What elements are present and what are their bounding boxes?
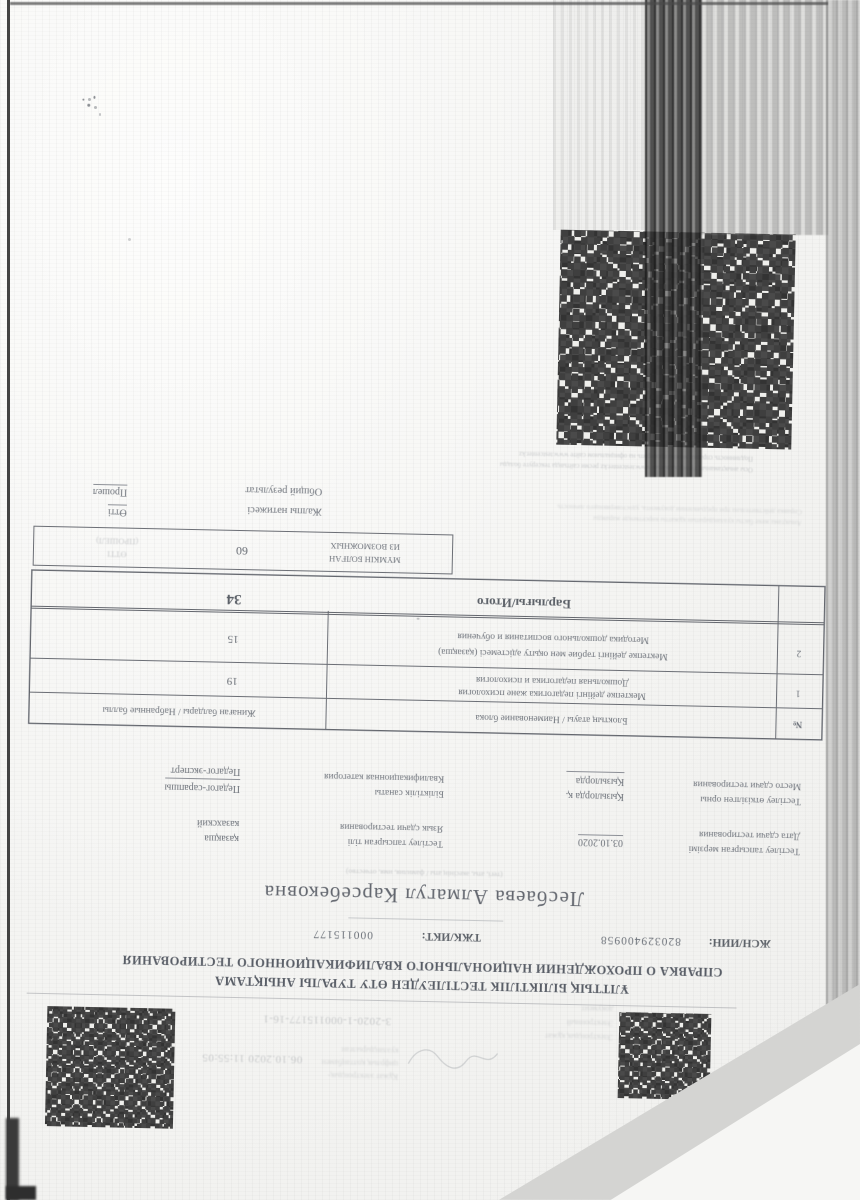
field-lang-value-ru: казахский: [197, 815, 240, 831]
table-row-num: 2: [787, 645, 811, 658]
signature-squiggle: [405, 1042, 501, 1076]
passed-mark: ӨТТІ (ПРОШЕЛ): [47, 533, 188, 562]
table-col-num: №: [785, 716, 809, 729]
field-place-value-ru: Қызылорда: [566, 771, 625, 789]
pen-doodle: [99, 113, 101, 116]
scan-streak-medium: [700, 0, 828, 235]
result-value-ru: Прошел: [93, 484, 128, 498]
ink-speck: [87, 104, 90, 107]
scanned-page: Электрондық құжат Электронный документ Қ…: [0, 0, 860, 1200]
result-value-kk: Өтті: [108, 504, 127, 517]
ink-speck: [417, 618, 420, 620]
table-row-score: 15: [143, 631, 323, 647]
registration-code: 3-2020-1-000115177-16-1: [263, 1013, 392, 1028]
ikt-label: ТЖК/ИКТ:: [421, 930, 481, 943]
field-category-value: Педагог-сарапшы Педагог-эксперт: [164, 762, 240, 796]
ink-speck: [93, 96, 95, 99]
ikt-value: 000115177: [313, 928, 374, 941]
print-datetime: 06.10.2020 11:55:05: [202, 1051, 303, 1065]
validity-note: Анықтама жеке басты куәландыратын құжатт…: [502, 499, 802, 527]
esign-line: Құжат электрондық-: [273, 1068, 398, 1084]
field-place-value: Қызылорда қ. Қызылорда: [565, 771, 624, 804]
field-place-label: Тестілеу өткізілген орны Место сдачи тес…: [626, 774, 802, 808]
table-total-value: 34: [144, 588, 324, 609]
ikt-underline: [348, 917, 503, 921]
table-col-block: Блоктың атауы / Наименование блока: [331, 707, 771, 729]
field-lang-value: қазақша казахский: [197, 815, 240, 846]
iin-label: ЖСН/ИИН:: [709, 936, 771, 949]
overall-result: Жалпы нәтижесі Өтті Общий результат Прош…: [42, 476, 323, 522]
scan-streak-light: [553, 0, 645, 230]
field-category-value-ru: Педагог-эксперт: [165, 762, 241, 779]
table-divider-num: [775, 586, 779, 738]
possible-score-box: МҮМКІН БОЛҒАН ИЗ ВОЗМОЖНЫХ 60 ӨТТІ (ПРОШ…: [33, 526, 454, 575]
qr-code-top-right: [45, 1006, 175, 1129]
field-date-value: 03.10.2020: [578, 834, 623, 848]
field-category-label: Біліктілік санаты Квалификационная катег…: [254, 766, 445, 800]
field-date-label: Тестілеу тапсырған мерзімі Дата сдачи те…: [625, 824, 801, 858]
scan-edge-top: [10, 2, 828, 5]
scan-nub-bottom-left: [6, 1186, 36, 1200]
field-lang-label: Тестілеу тапсырған тілі Язык сдачи тести…: [253, 816, 444, 850]
possible-score-value: 60: [222, 543, 262, 559]
esign-line: Электрондық құжат: [493, 1027, 613, 1044]
esign-stamp-left: Электрондық құжат Электронный документ: [493, 999, 614, 1044]
esign-line: Электронный: [493, 1013, 613, 1030]
result-label-ru: Общий результат: [245, 484, 322, 497]
iin-value: 820329400958: [600, 934, 681, 948]
scores-table: № Блоктың атауы / Наименование блока Жин…: [28, 570, 825, 741]
table-total-label: Барлығы/Итого: [344, 591, 704, 615]
ink-speck: [128, 238, 131, 241]
table-divider-score: [325, 611, 328, 729]
scan-streak-dark: [645, 0, 702, 477]
table-row-num: 1: [786, 685, 810, 698]
field-category-value-kk: Педагог-сарапшы: [164, 777, 240, 796]
scan-edge-left: [7, 0, 10, 1200]
field-place-value-kk: Қызылорда қ.: [565, 788, 624, 804]
pen-doodle: [88, 98, 91, 101]
table-row-block: Мектепке дейінгі тәрбие мен оқыту әдісте…: [333, 625, 774, 666]
ink-speck: [82, 99, 84, 101]
table-col-score: Жинаған балдары / Набранные баллы: [37, 701, 322, 720]
field-lang-value-kk: қазақша: [197, 830, 240, 846]
possible-score-label: МҮМКІН БОЛҒАН ИЗ ВОЗМОЖНЫХ: [290, 538, 441, 567]
pen-doodle: [94, 106, 97, 109]
result-label-kk: Жалпы нәтижесі: [247, 504, 322, 517]
table-row-score: 19: [142, 673, 322, 689]
